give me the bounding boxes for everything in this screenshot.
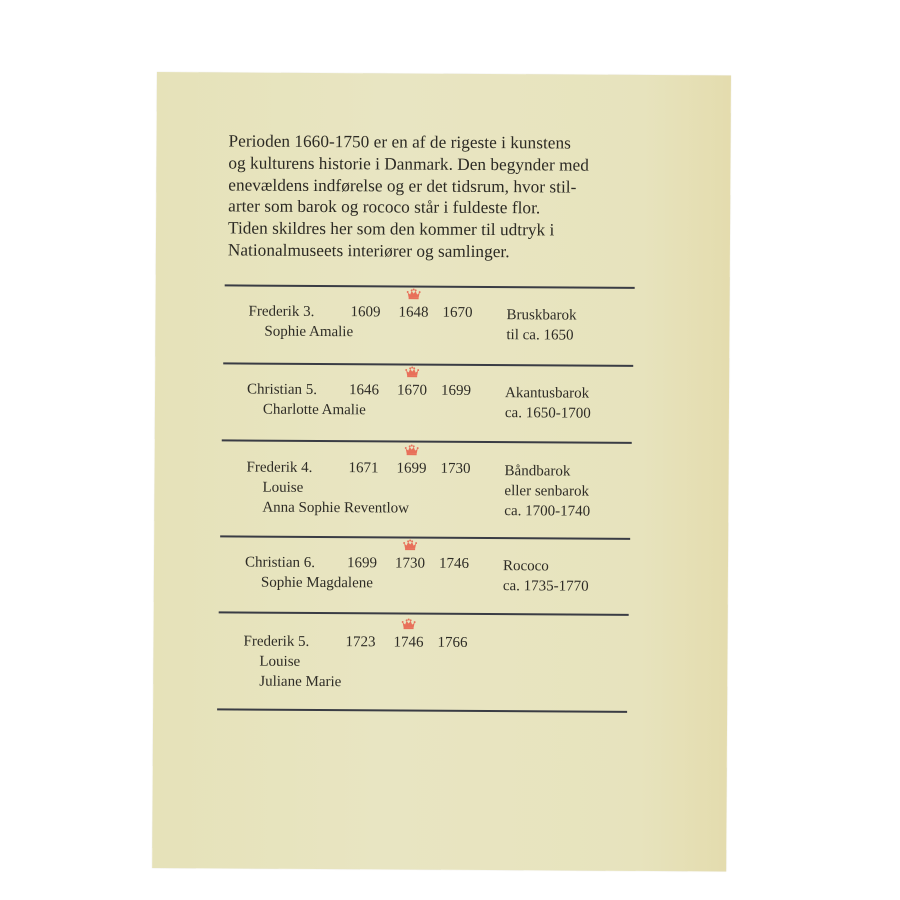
death-year: 1730 — [441, 461, 471, 478]
king-name: Frederik 3. — [248, 304, 314, 321]
accession-year: 1670 — [397, 382, 427, 399]
reign-entry: Christian 6.169917301746Sophie Magdalene… — [245, 555, 645, 637]
reign-table: Frederik 3.160916481670Sophie AmalieBrus… — [157, 72, 731, 76]
death-year: 1670 — [442, 305, 472, 322]
consort-name: Sophie Magdalene — [261, 575, 373, 593]
crown-icon — [407, 289, 421, 300]
art-style: Akantusbarok — [505, 385, 589, 403]
intro-line: Nationalmuseets interiører og samlinger. — [228, 239, 658, 263]
art-style: ca. 1650-1700 — [505, 405, 591, 423]
accession-year: 1730 — [395, 555, 425, 572]
king-name: Frederik 4. — [247, 460, 313, 477]
reign-entry: Frederik 3.160916481670Sophie AmalieBrus… — [248, 304, 648, 386]
accession-year: 1648 — [398, 304, 428, 321]
art-style: til ca. 1650 — [506, 327, 573, 344]
birth-year: 1609 — [350, 304, 380, 321]
intro-line: enevældens indførelse og er det tidsrum,… — [228, 174, 658, 198]
consort-name: Louise — [259, 654, 300, 671]
crown-icon — [402, 619, 416, 630]
accession-year: 1699 — [397, 460, 427, 477]
reign-entry: Christian 5.164616701699Charlotte Amalie… — [247, 382, 647, 464]
king-name: Christian 6. — [245, 555, 315, 572]
art-style: Bruskbarok — [506, 307, 576, 324]
intro-line: Tiden skildres her som den kommer til ud… — [228, 218, 658, 242]
consort-name: Sophie Amalie — [264, 324, 353, 342]
crown-icon — [403, 540, 417, 551]
king-name: Christian 5. — [247, 382, 317, 399]
consort-name: Charlotte Amalie — [263, 402, 366, 420]
intro-line: Perioden 1660-1750 er en af de rigeste i… — [229, 130, 659, 154]
intro-line: arter som barok og rococo står i fuldest… — [228, 196, 658, 220]
consort-name: Juliane Marie — [259, 674, 341, 692]
art-style: eller senbarok — [504, 483, 589, 501]
reign-entry: Frederik 5.172317461766LouiseJuliane Mar… — [243, 634, 643, 716]
art-style: ca. 1700-1740 — [504, 503, 590, 521]
intro-paragraph: Perioden 1660-1750 er en af de rigeste i… — [228, 130, 659, 263]
art-style: Rococo — [503, 558, 549, 575]
birth-year: 1699 — [347, 555, 377, 572]
consort-name: Louise — [262, 480, 303, 497]
birth-year: 1671 — [349, 460, 379, 477]
accession-year: 1746 — [393, 634, 423, 651]
art-style: ca. 1735-1770 — [503, 578, 589, 596]
reign-entry: Frederik 4.167116991730LouiseAnna Sophie… — [246, 460, 646, 542]
death-year: 1766 — [437, 635, 467, 652]
crown-icon — [405, 367, 419, 378]
consort-name: Anna Sophie Reventlow — [262, 500, 409, 518]
art-style: Båndbarok — [505, 463, 571, 480]
crown-icon — [405, 445, 419, 456]
death-year: 1699 — [441, 383, 471, 400]
death-year: 1746 — [439, 556, 469, 573]
birth-year: 1646 — [349, 382, 379, 399]
birth-year: 1723 — [345, 634, 375, 651]
divider-rule — [225, 284, 635, 289]
book-back-cover: Perioden 1660-1750 er en af de rigeste i… — [152, 72, 731, 871]
king-name: Frederik 5. — [243, 634, 309, 651]
intro-line: og kulturens historie i Danmark. Den beg… — [228, 152, 658, 176]
